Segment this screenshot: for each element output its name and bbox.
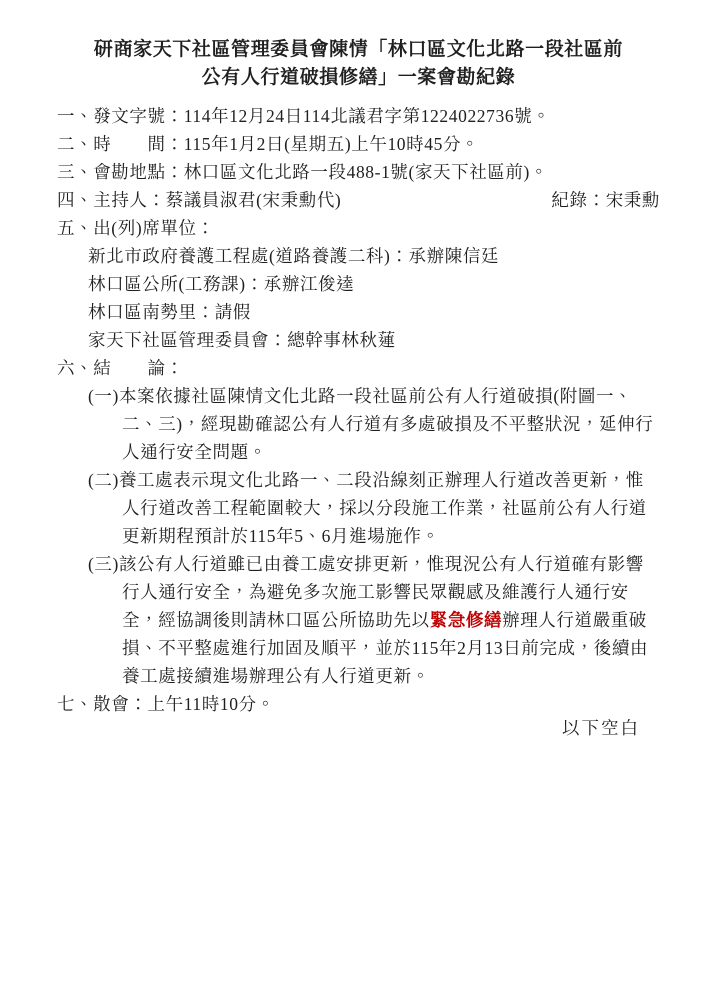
- doc-line-item: 三、會勘地點：林口區文化北路一段488-1號(家天下社區前)。: [57, 158, 660, 186]
- document-title-line2: 公有人行道破損修繕」一案會勘紀錄: [57, 64, 660, 92]
- doc-line-conclusion: (三)該公有人行道雖已由養工處安排更新，惟現況公有人行道確有影響行人通行安全，為…: [57, 550, 660, 690]
- recorder-label: 紀錄：宋秉勳: [551, 186, 660, 214]
- doc-line-item: 一、發文字號：114年12月24日114北議君字第1224022736號。: [57, 102, 660, 130]
- doc-line-attendee: 家天下社區管理委員會：總幹事林秋蓮: [57, 326, 660, 354]
- doc-line-attendee: 林口區公所(工務課)：承辦江俊逵: [57, 270, 660, 298]
- document-title-line1: 研商家天下社區管理委員會陳情「林口區文化北路一段社區前: [57, 36, 660, 64]
- doc-line-item: 五、出(列)席單位：: [57, 214, 660, 242]
- doc-line-attendee: 新北市政府養護工程處(道路養護二科)：承辦陳信廷: [57, 242, 660, 270]
- doc-line-conclusion: (二)養工處表示現文化北路一、二段沿線刻正辦理人行道改善更新，惟人行道改善工程範…: [57, 466, 660, 550]
- document-page: 研商家天下社區管理委員會陳情「林口區文化北路一段社區前 公有人行道破損修繕」一案…: [0, 0, 707, 1000]
- doc-line-attendee: 林口區南勢里：請假: [57, 298, 660, 326]
- closing-note: 以下空白: [57, 714, 660, 742]
- doc-line-conclusion: (一)本案依據社區陳情文化北路一段社區前公有人行道破損(附圖一、二、三)，經現勘…: [57, 382, 660, 466]
- moderator-label: 四、主持人：蔡議員淑君(宋秉勳代): [57, 186, 341, 214]
- doc-line-moderator: 四、主持人：蔡議員淑君(宋秉勳代)紀錄：宋秉勳: [57, 186, 660, 214]
- doc-line-item: 二、時 間：115年1月2日(星期五)上午10時45分。: [57, 130, 660, 158]
- urgent-repair-highlight: 緊急修繕: [430, 610, 502, 630]
- text-segment: (一)本案依據社區陳情文化北路一段社區前公有人行道破損(附圖一、二、三)，經現勘…: [88, 386, 653, 462]
- doc-line-item: 六、結 論：: [57, 354, 660, 382]
- text-segment: (二)養工處表示現文化北路一、二段沿線刻正辦理人行道改善更新，惟人行道改善工程範…: [88, 470, 647, 546]
- document-body: 一、發文字號：114年12月24日114北議君字第1224022736號。二、時…: [57, 102, 660, 742]
- document-title: 研商家天下社區管理委員會陳情「林口區文化北路一段社區前 公有人行道破損修繕」一案…: [57, 36, 660, 92]
